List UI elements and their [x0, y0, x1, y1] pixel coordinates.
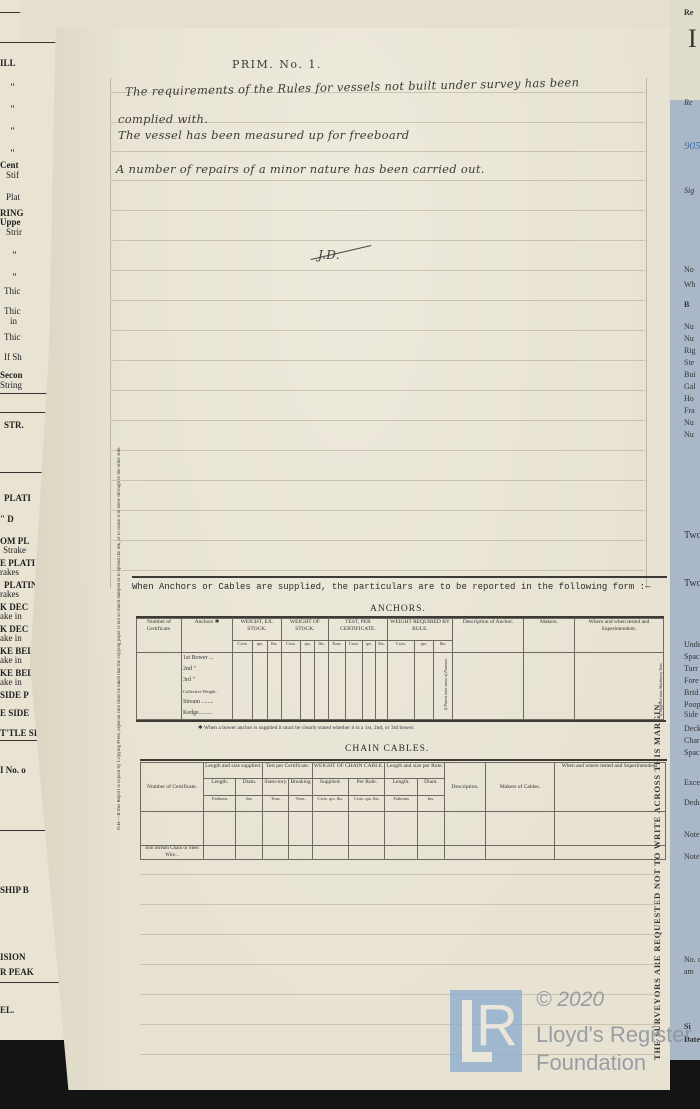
cell[interactable] — [233, 653, 253, 720]
handwritten-title: PRIM. No. 1. — [232, 58, 322, 71]
copying-press-note: N.B.—If this Report is copied by Copying… — [117, 290, 122, 830]
unit-cwts-qrs-lbs: Cwts. qrs. lbs. — [349, 795, 385, 811]
cell[interactable] — [315, 653, 329, 720]
fragment-text: Fore — [684, 676, 699, 685]
fragment-text: Side — [684, 710, 698, 719]
watermark-copyright: © 2020 — [536, 988, 604, 1012]
subcol-statutory: Statu-tory. — [263, 779, 289, 795]
cell[interactable] — [263, 812, 289, 846]
col-number-of-certificate: Number of Certificate. — [137, 619, 182, 653]
unit-cwts: Cwts. — [233, 641, 253, 653]
fragment-text: Nu — [684, 418, 694, 427]
fragment-text: ake in — [0, 611, 22, 621]
fragment-text: ake in — [0, 677, 22, 687]
subcol-supplied: Supplied. — [312, 779, 348, 795]
fragment-text: Thic — [4, 306, 21, 316]
fragment-text: Cent — [0, 160, 19, 170]
cell[interactable] — [204, 846, 236, 860]
fragment-text: No. o — [684, 955, 700, 964]
col-description: Description of Anchor. — [453, 619, 524, 653]
cell-where-when[interactable] — [575, 653, 664, 720]
fragment-text: PLATI — [4, 493, 31, 503]
col-weight-of-stock: WEIGHT OF STOCK. — [281, 619, 328, 641]
section-divider — [140, 759, 667, 761]
cell[interactable] — [236, 812, 263, 846]
fragment-text: Plat — [6, 192, 20, 202]
subcol-breaking: Breaking — [289, 779, 312, 795]
fragment-text: Two — [684, 578, 700, 589]
cell[interactable] — [385, 846, 417, 860]
fragment-text: Strake — [3, 545, 26, 555]
fragment-text: Ho — [684, 394, 694, 403]
unit-fathoms: Fathoms — [204, 795, 236, 811]
fragment-text: 905 — [684, 140, 700, 152]
fragment-text: am — [684, 967, 694, 976]
fragment-text: Re — [684, 98, 692, 107]
unit-tons: Tons. — [289, 795, 312, 811]
chain-cables-table: Number of Certificate. Length and size s… — [140, 762, 666, 860]
col-description: Description. — [445, 763, 486, 812]
subcol-diam: Diam. — [417, 779, 444, 795]
fragment-text: Bui — [684, 370, 696, 379]
cell[interactable] — [385, 812, 417, 846]
fragment-text: If Sh — [4, 352, 22, 362]
fragment-text: Poop — [684, 700, 700, 709]
cell[interactable] — [417, 812, 444, 846]
fragment-text: B — [684, 300, 689, 309]
fragment-text: Brid — [684, 688, 698, 697]
fragment-text: " — [12, 250, 17, 260]
ruled-lines — [110, 78, 645, 588]
col-length-size-per-rule: Length and size per Rule. — [385, 763, 445, 779]
anchors-table: Number of Certificate. Anchors ✱ WEIGHT,… — [136, 618, 664, 720]
fragment-text: " — [10, 148, 15, 158]
fragment-text: Wh — [684, 280, 696, 289]
subcol-length: Length. — [385, 779, 417, 795]
fragment-text: I — [688, 24, 697, 54]
col-weight-of-chain-cable: WEIGHT OF CHAIN CABLE. — [312, 763, 385, 779]
unit-cwts: Cwts. — [281, 641, 300, 653]
anchors-heading: ANCHORS. — [370, 604, 426, 614]
unit-cwts-qrs-lbs: Cwts. qrs. lbs. — [312, 795, 348, 811]
fragment-text: Dedu — [684, 798, 700, 807]
fragment-text: Sig — [684, 186, 694, 195]
unit-tons: Tons. — [263, 795, 289, 811]
section-divider — [132, 576, 667, 578]
cell[interactable] — [349, 812, 385, 846]
row-2nd: 2nd " — [183, 664, 231, 675]
patentee-side-note: If Patent state name of Patentee. — [443, 650, 448, 710]
fragment-text: Stif — [6, 170, 19, 180]
cell-makers[interactable] — [524, 653, 575, 720]
cell[interactable] — [375, 653, 387, 720]
fragment-text: Uppe — [0, 217, 21, 227]
col-length-size-supplied: Length and size supplied. — [204, 763, 263, 779]
row-3rd: 3rd " — [183, 675, 231, 686]
fragment-text: Secon — [0, 370, 23, 380]
cell[interactable] — [555, 846, 666, 860]
unit-qrs: qrs. — [414, 641, 433, 653]
fragment-text: rakes — [0, 589, 19, 599]
fragment-text: " — [10, 104, 15, 114]
cell[interactable] — [289, 846, 312, 860]
fragment-text: Spac — [684, 652, 700, 661]
fragment-text: ake in — [0, 655, 22, 665]
col-when-where-tested: When and where tested and Superintendent… — [555, 763, 666, 812]
cell[interactable] — [388, 653, 415, 720]
unit-qrs: qrs. — [363, 641, 376, 653]
unit-lbs: lbs. — [375, 641, 387, 653]
lr-logo-r: R — [476, 996, 518, 1056]
subcol-per-rule: Per Rule. — [349, 779, 385, 795]
fragment-text: Note — [684, 852, 700, 861]
col-makers-of-cables: Makers of Cables. — [486, 763, 555, 812]
cell[interactable] — [236, 846, 263, 860]
fragment-text: Char — [684, 736, 700, 745]
fragment-text: Ste — [684, 358, 694, 367]
cell-certificate[interactable] — [141, 812, 204, 846]
fragment-text: ake in — [0, 633, 22, 643]
watermark-org-line1: Lloyd's Register — [536, 1022, 692, 1048]
fragment-text: Nu — [684, 322, 694, 331]
fragment-text: Unde — [684, 640, 700, 649]
fragment-text: ILL — [0, 58, 16, 68]
fragment-text: " D — [0, 514, 14, 524]
fragment-text: " — [10, 126, 15, 136]
handwritten-line: The vessel has been measured up for free… — [118, 128, 409, 142]
unit-ins: Ins. — [417, 795, 444, 811]
cell[interactable] — [363, 653, 376, 720]
fragment-text: Deck — [684, 724, 700, 733]
cell[interactable] — [281, 653, 300, 720]
fragment-text: Fra — [684, 406, 695, 415]
handwritten-line: complied with. — [118, 112, 208, 126]
cell[interactable] — [445, 812, 486, 846]
divider — [0, 982, 68, 983]
fragment-text: " — [10, 82, 15, 92]
unit-fathoms: Fathoms — [385, 795, 417, 811]
col-test-per-certificate: TEST, PER CERTIFICATE. — [328, 619, 387, 641]
fragment-text: String — [0, 380, 22, 390]
unit-lbs: lbs. — [267, 641, 281, 653]
anchor-row-labels: 1st Bower ... 2nd " 3rd " Collective Wei… — [182, 653, 233, 720]
cell[interactable] — [328, 653, 345, 720]
col-weight-ex-stock: WEIGHT, EX. STOCK. — [233, 619, 282, 641]
fragment-text: Exce — [684, 778, 700, 787]
fragment-text: Rig — [684, 346, 696, 355]
fragment-text: Nu — [684, 334, 694, 343]
bower-footnote: ✱ When a bower anchor is supplied it mus… — [198, 725, 414, 731]
subcol-length: Length. — [204, 779, 236, 795]
row-iron-stream-chain: Iron Stream Chain or Steel Wire... — [141, 846, 204, 860]
section-divider — [136, 720, 666, 722]
unit-qrs: qrs. — [253, 641, 268, 653]
fragment-text: Gal — [684, 382, 696, 391]
fragment-text: STR. — [4, 420, 24, 430]
cell[interactable] — [555, 812, 666, 846]
cell[interactable] — [301, 653, 315, 720]
cell[interactable] — [312, 812, 348, 846]
fragment-text: Thic — [4, 286, 21, 296]
cell-certificate[interactable] — [137, 653, 182, 720]
fragment-text: rakes — [0, 567, 19, 577]
fragment-text: Nu — [684, 430, 694, 439]
unit-cwts: Cwts. — [345, 641, 363, 653]
fragment-text: I No. o — [0, 765, 26, 775]
fragment-text: R PEAK — [0, 967, 34, 977]
fragment-text: Note — [684, 830, 700, 839]
fragment-text: in — [10, 316, 17, 326]
fragment-text: Two — [684, 530, 700, 541]
fragment-text: Strir — [6, 227, 22, 237]
unit-cwts: Cwts. — [388, 641, 415, 653]
cell[interactable] — [204, 812, 236, 846]
cell-description[interactable] — [453, 653, 524, 720]
fragment-text: SIDE P — [0, 690, 29, 700]
fragment-text: Spac — [684, 748, 700, 757]
cell[interactable] — [445, 846, 486, 860]
col-test-per-certificate: Test per Certificate. — [263, 763, 312, 779]
col-where-when-tested: Where and when tested and Superintendent… — [575, 619, 664, 653]
fragment-text: T'TLE SI — [0, 728, 37, 738]
cell[interactable] — [417, 846, 444, 860]
row-1st-bower: 1st Bower ... — [183, 653, 231, 664]
cell[interactable] — [414, 653, 433, 720]
cell[interactable] — [312, 846, 348, 860]
unit-qrs: qrs. — [301, 641, 315, 653]
unit-lbs: lbs. — [315, 641, 329, 653]
cell[interactable] — [263, 846, 289, 860]
row-kedge: Kedge......... — [183, 708, 231, 719]
col-number-of-certificate: Number of Certificate. — [141, 763, 204, 812]
cell[interactable] — [289, 812, 312, 846]
cell[interactable] — [345, 653, 363, 720]
watermark-org-line2: Foundation — [536, 1050, 646, 1076]
fragment-text: No — [684, 265, 694, 274]
cell[interactable] — [486, 812, 555, 846]
fragment-text: Re — [684, 8, 693, 17]
fragment-text: Turr — [684, 664, 698, 673]
col-makers: Makers. — [524, 619, 575, 653]
fragment-text: ISION — [0, 952, 26, 962]
fragment-text: E SIDE — [0, 708, 29, 718]
row-stream: Stream ........ — [183, 697, 231, 708]
fragment-text: EL. — [0, 1005, 14, 1015]
cell[interactable] — [486, 846, 555, 860]
fragment-text: " — [12, 272, 17, 282]
cell[interactable] — [349, 846, 385, 860]
unit-tons: Tons. — [328, 641, 345, 653]
unit-ins: Ins. — [236, 795, 263, 811]
chain-cables-heading: CHAIN CABLES. — [345, 744, 429, 754]
col-anchors: Anchors ✱ — [182, 619, 233, 653]
col-weight-required-by-rule: WEIGHT REQUIRED BY RULE. — [388, 619, 453, 641]
cell[interactable] — [267, 653, 281, 720]
row-collective-weight: Collective Weight.. — [183, 686, 231, 697]
handwritten-line: A number of repairs of a minor nature ha… — [116, 162, 485, 176]
tons-side-note: If Supplied state Machinery Tons — [658, 636, 663, 716]
supply-instruction: When Anchors or Cables are supplied, the… — [132, 582, 650, 592]
subcol-diam: Diam. — [236, 779, 263, 795]
fragment-text: SHIP B — [0, 885, 29, 895]
fragment-text: Thic — [4, 332, 21, 342]
cell[interactable] — [253, 653, 268, 720]
